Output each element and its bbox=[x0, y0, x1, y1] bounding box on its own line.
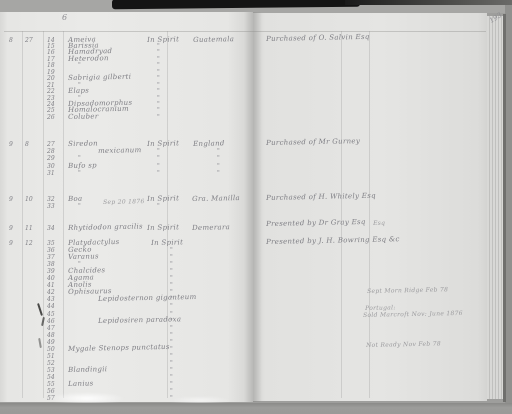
species-name: Boa bbox=[68, 196, 83, 203]
specimen-number: 35 bbox=[47, 240, 55, 247]
book-cover-edge bbox=[503, 14, 506, 402]
species-name: Bufo sp bbox=[68, 162, 97, 170]
condition-label: In Spirit bbox=[147, 224, 179, 232]
specimen-number: 34 bbox=[47, 225, 55, 232]
ditto-mark: " bbox=[170, 247, 173, 254]
ditto-mark: " bbox=[217, 155, 220, 162]
specimen-number: 32 bbox=[47, 196, 55, 203]
specimen-number: 55 bbox=[47, 381, 55, 388]
species-name: Lepidosiren paradoxa bbox=[98, 316, 181, 325]
specimen-number: 47 bbox=[47, 325, 55, 332]
specimen-number: 42 bbox=[47, 289, 55, 296]
entry-date-month: 9 bbox=[9, 196, 13, 203]
column-rule bbox=[63, 31, 64, 398]
ditto-mark: " bbox=[170, 282, 173, 289]
specimen-number: 53 bbox=[47, 367, 55, 374]
ditto-mark: " bbox=[170, 346, 173, 353]
ditto-mark: " bbox=[170, 367, 173, 374]
ditto-mark: " bbox=[170, 374, 173, 381]
species-name: Blandingii bbox=[68, 366, 107, 374]
condition-label: In Spirit bbox=[151, 239, 183, 247]
ditto-mark: " bbox=[170, 360, 173, 367]
ditto-mark: " bbox=[78, 170, 81, 177]
ditto-mark: " bbox=[170, 388, 173, 395]
background-right bbox=[505, 0, 512, 414]
column-rule bbox=[43, 31, 44, 398]
species-name: Heterodon bbox=[68, 55, 109, 63]
ditto-mark: " bbox=[170, 318, 173, 325]
specimen-number: 33 bbox=[47, 203, 55, 210]
ditto-mark: " bbox=[170, 303, 173, 310]
ditto-mark: " bbox=[157, 148, 160, 155]
entry-date-month: 9 bbox=[9, 225, 13, 232]
specimen-number: 54 bbox=[47, 374, 55, 381]
scanner-bar-shadow bbox=[345, 0, 512, 5]
species-name: Varanus bbox=[68, 253, 99, 261]
specimen-number: 28 bbox=[47, 148, 55, 155]
column-rule bbox=[341, 31, 342, 398]
specimen-number: 50 bbox=[47, 346, 55, 353]
specimen-number: 43 bbox=[47, 296, 55, 303]
ditto-mark: " bbox=[170, 296, 173, 303]
column-rule bbox=[22, 31, 23, 398]
ditto-mark: " bbox=[170, 254, 173, 261]
entry-date-day: 8 bbox=[25, 141, 29, 148]
page-edges bbox=[487, 16, 504, 399]
background-bottom bbox=[0, 403, 512, 414]
condition-label: In Spirit bbox=[147, 140, 179, 148]
specimen-number: 31 bbox=[47, 170, 55, 177]
entry-date-month: 9 bbox=[9, 141, 13, 148]
specimen-number: 45 bbox=[47, 311, 55, 318]
species-name: Coluber bbox=[68, 113, 99, 121]
species-name: Siredon bbox=[68, 140, 98, 148]
ditto-mark: " bbox=[217, 170, 220, 177]
specimen-number: 26 bbox=[47, 114, 55, 121]
entry-date-day: 27 bbox=[25, 37, 33, 44]
ditto-mark: " bbox=[157, 203, 160, 210]
entry-date-day: 11 bbox=[25, 225, 33, 232]
specimen-number: 37 bbox=[47, 254, 55, 261]
species-name: Lanius bbox=[68, 380, 94, 388]
ditto-mark: " bbox=[170, 275, 173, 282]
species-name: mexicanum bbox=[98, 147, 142, 155]
specimen-number: 36 bbox=[47, 247, 55, 254]
ditto-mark: " bbox=[78, 203, 81, 210]
species-name: Rhytidodon gracilis bbox=[68, 223, 143, 232]
ditto-mark: " bbox=[170, 325, 173, 332]
locality-label: Guatemala bbox=[193, 36, 234, 44]
entry-date-day: 12 bbox=[25, 240, 33, 247]
ditto-mark: " bbox=[170, 339, 173, 346]
ditto-mark: " bbox=[170, 268, 173, 275]
pencil-esq-note: Esq bbox=[373, 220, 385, 227]
book-gutter bbox=[244, 12, 262, 402]
ditto-mark: " bbox=[157, 170, 160, 177]
condition-label: In Spirit bbox=[147, 36, 179, 44]
ditto-mark: " bbox=[157, 114, 160, 121]
specimen-number: 29 bbox=[47, 155, 55, 162]
ditto-mark: " bbox=[170, 332, 173, 339]
specimen-number: 27 bbox=[47, 141, 55, 148]
specimen-number: 46 bbox=[47, 318, 55, 325]
ditto-mark: " bbox=[157, 163, 160, 170]
locality-label: Demerara bbox=[192, 224, 230, 232]
entry-date-day: 10 bbox=[25, 196, 33, 203]
ditto-mark: " bbox=[217, 163, 220, 170]
specimen-number: 38 bbox=[47, 261, 55, 268]
specimen-number: 30 bbox=[47, 163, 55, 170]
specimen-number: 49 bbox=[47, 339, 55, 346]
specimen-number: 51 bbox=[47, 353, 55, 360]
specimen-number: 44 bbox=[47, 303, 55, 310]
ditto-mark: " bbox=[170, 381, 173, 388]
specimen-number: 48 bbox=[47, 332, 55, 339]
ditto-mark: " bbox=[170, 353, 173, 360]
entry-date-month: 9 bbox=[9, 240, 13, 247]
left-folio-number: 6 bbox=[62, 13, 67, 22]
ditto-mark: " bbox=[157, 155, 160, 162]
specimen-number: 39 bbox=[47, 268, 55, 275]
pencil-date-note: Sep 20 1876 bbox=[103, 198, 145, 206]
header-rule bbox=[4, 31, 486, 32]
locality-label: Gra. Manilla bbox=[192, 195, 240, 203]
entry-date-month: 8 bbox=[9, 37, 13, 44]
specimen-number: 40 bbox=[47, 275, 55, 282]
specimen-number: 41 bbox=[47, 282, 55, 289]
locality-label: England bbox=[193, 140, 225, 148]
ditto-mark: " bbox=[170, 261, 173, 268]
specimen-number: 52 bbox=[47, 360, 55, 367]
ditto-mark: " bbox=[217, 148, 220, 155]
condition-label: In Spirit bbox=[147, 195, 179, 203]
register-scan: 6 193 82714AmeivaIn SpiritGuatemala15Bar… bbox=[0, 0, 512, 414]
ditto-mark: " bbox=[78, 62, 81, 69]
